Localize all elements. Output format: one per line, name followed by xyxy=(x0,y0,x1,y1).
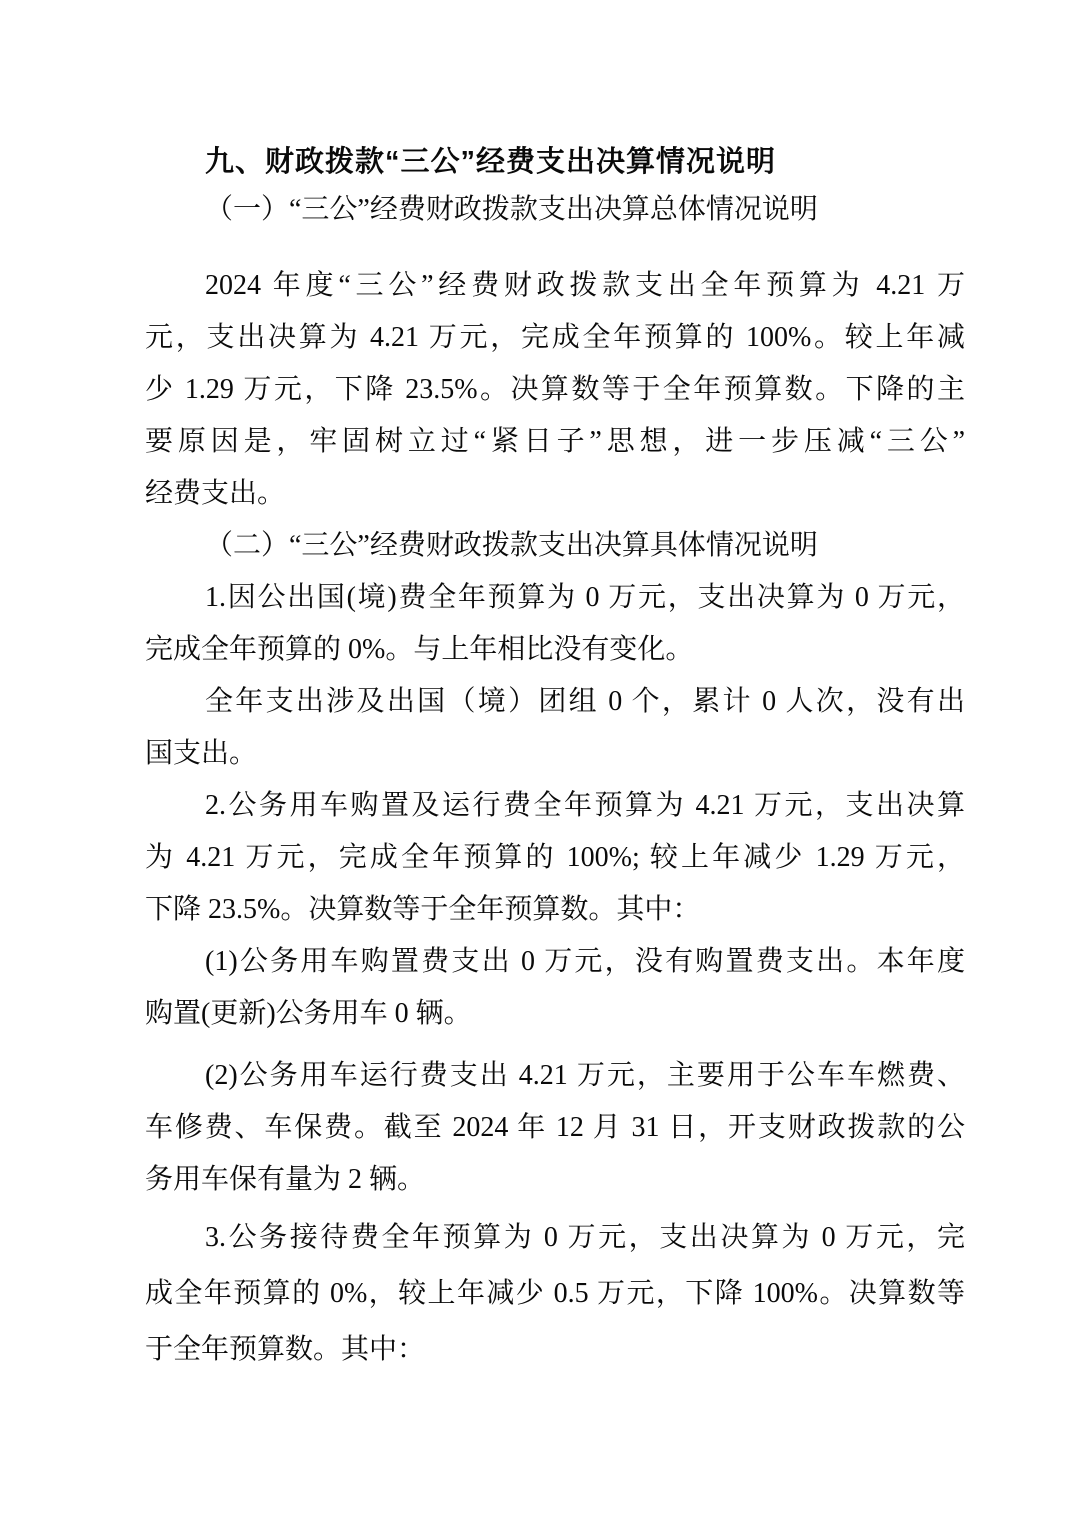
text-line: (1)公务用车购置费支出 0 万元，没有购置费支出。本年度 xyxy=(145,936,965,988)
text-line: 务用车保有量为 2 辆。 xyxy=(145,1154,965,1206)
text-line: 九、财政拨款“三公”经费支出决算情况说明 xyxy=(145,138,965,186)
text-line: 2024 年度“三公”经费财政拨款支出全年预算为 4.21 万 xyxy=(145,260,965,312)
paragraph: (2)公务用车运行费支出 4.21 万元，主要用于公车车燃费、车修费、车保费。截… xyxy=(145,1050,965,1206)
text-line: 全年支出涉及出国（境）团组 0 个，累计 0 人次，没有出 xyxy=(145,676,965,728)
text-line: 成全年预算的 0%，较上年减少 0.5 万元，下降 100%。决算数等 xyxy=(145,1266,965,1322)
paragraph: 2024 年度“三公”经费财政拨款支出全年预算为 4.21 万元，支出决算为 4… xyxy=(145,260,965,520)
paragraph: 2.公务用车购置及运行费全年预算为 4.21 万元，支出决算为 4.21 万元，… xyxy=(145,780,965,936)
paragraph: 全年支出涉及出国（境）团组 0 个，累计 0 人次，没有出国支出。 xyxy=(145,676,965,780)
text-line: 要原因是，牢固树立过“紧日子”思想，进一步压减“三公” xyxy=(145,416,965,468)
text-line: 1.因公出国(境)费全年预算为 0 万元，支出决算为 0 万元， xyxy=(145,572,965,624)
text-column: 九、财政拨款“三公”经费支出决算情况说明（一）“三公”经费财政拨款支出决算总体情… xyxy=(145,138,965,1378)
text-line: 元，支出决算为 4.21 万元，完成全年预算的 100%。较上年减 xyxy=(145,312,965,364)
section-title: 九、财政拨款“三公”经费支出决算情况说明 xyxy=(145,138,965,186)
text-line: 2.公务用车购置及运行费全年预算为 4.21 万元，支出决算 xyxy=(145,780,965,832)
text-line: 3.公务接待费全年预算为 0 万元，支出决算为 0 万元，完 xyxy=(145,1210,965,1266)
text-line: 于全年预算数。其中： xyxy=(145,1322,965,1378)
text-line: （二）“三公”经费财政拨款支出决算具体情况说明 xyxy=(145,520,965,572)
text-line: 完成全年预算的 0%。与上年相比没有变化。 xyxy=(145,624,965,676)
text-line: 国支出。 xyxy=(145,728,965,780)
paragraph: 3.公务接待费全年预算为 0 万元，支出决算为 0 万元，完成全年预算的 0%，… xyxy=(145,1210,965,1378)
text-line: 车修费、车保费。截至 2024 年 12 月 31 日，开支财政拨款的公 xyxy=(145,1102,965,1154)
subsection-heading: （一）“三公”经费财政拨款支出决算总体情况说明 xyxy=(145,186,965,234)
text-line: 下降 23.5%。决算数等于全年预算数。其中： xyxy=(145,884,965,936)
text-line: 经费支出。 xyxy=(145,468,965,520)
text-line: （一）“三公”经费财政拨款支出决算总体情况说明 xyxy=(145,186,965,234)
text-line: 为 4.21 万元，完成全年预算的 100%; 较上年减少 1.29 万元， xyxy=(145,832,965,884)
subsection-heading: （二）“三公”经费财政拨款支出决算具体情况说明 xyxy=(145,520,965,572)
text-line: (2)公务用车运行费支出 4.21 万元，主要用于公车车燃费、 xyxy=(145,1050,965,1102)
paragraph: 1.因公出国(境)费全年预算为 0 万元，支出决算为 0 万元，完成全年预算的 … xyxy=(145,572,965,676)
document-page: 九、财政拨款“三公”经费支出决算情况说明（一）“三公”经费财政拨款支出决算总体情… xyxy=(0,0,1075,1520)
text-line: 少 1.29 万元，下降 23.5%。决算数等于全年预算数。下降的主 xyxy=(145,364,965,416)
text-line: 购置(更新)公务用车 0 辆。 xyxy=(145,988,965,1040)
paragraph: (1)公务用车购置费支出 0 万元，没有购置费支出。本年度购置(更新)公务用车 … xyxy=(145,936,965,1040)
